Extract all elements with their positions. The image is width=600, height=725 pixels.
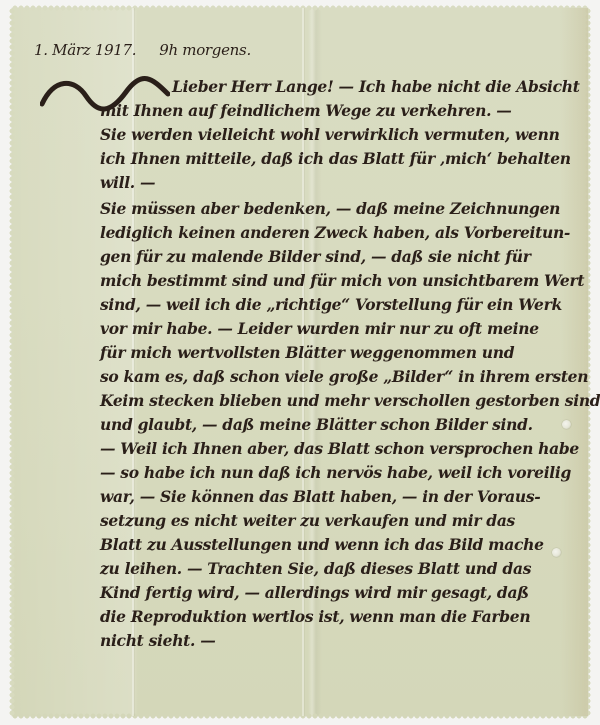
letter-line: Keim stecken blieben und mehr verscholle…	[100, 390, 600, 412]
letter-date: 1. März 1917.	[34, 41, 136, 59]
aged-edge-shading	[560, 8, 588, 716]
letter-line: und glaubt, — daß meine Blätter schon Bi…	[100, 414, 533, 436]
letter-line: sind, — weil ich die „richtige“ Vorstell…	[100, 294, 562, 316]
letter-line: — Weil ich Ihnen aber, das Blatt schon v…	[100, 438, 579, 460]
letter-line: Sie müssen aber bedenken, — daß meine Ze…	[100, 198, 560, 220]
letter-line: für mich wertvollsten Blätter weggenomme…	[100, 342, 514, 364]
letter-line: mich bestimmt sind und für mich von unsi…	[100, 270, 584, 292]
letter-line: gen für zu malende Bilder sind, — daß si…	[100, 246, 531, 268]
serrated-edge-bottom	[12, 713, 588, 719]
letter-line: war, — Sie können das Blatt haben, — in …	[100, 486, 540, 508]
letter-dateline: 1. März 1917. 9h morgens.	[34, 41, 251, 59]
scan-background: 1. März 1917. 9h morgens. Lieber Herr La…	[0, 0, 600, 725]
letter-line: vor mir habe. — Leider wurden mir nur zu…	[100, 318, 539, 340]
letter-line: ich Ihnen mitteile, daß ich das Blatt fü…	[100, 148, 571, 170]
letter-line: zu leihen. — Trachten Sie, daß dieses Bl…	[100, 558, 531, 580]
letter-line: die Reproduktion wertlos ist, wenn man d…	[100, 606, 530, 628]
punch-hole	[562, 420, 571, 429]
letter-line: Lieber Herr Lange! — Ich habe nicht die …	[172, 76, 580, 98]
letter-line: Blatt zu Ausstellungen und wenn ich das …	[100, 534, 544, 556]
letter-line: lediglich keinen anderen Zweck haben, al…	[100, 222, 570, 244]
letter-line: — so habe ich nun daß ich nervös habe, w…	[100, 462, 571, 484]
letter-line: so kam es, daß schon viele große „Bilder…	[100, 366, 588, 388]
letter-paper: 1. März 1917. 9h morgens. Lieber Herr La…	[12, 8, 588, 716]
letter-line: setzung es nicht weiter zu verkaufen und…	[100, 510, 515, 532]
letter-line: nicht sieht. —	[100, 630, 215, 652]
letter-line: will. —	[100, 172, 155, 194]
letter-line: Kind fertig wird, — allerdings wird mir …	[100, 582, 529, 604]
letter-line: Sie werden vielleicht wohl verwirklich v…	[100, 124, 560, 146]
letter-line: mit Ihnen auf feindlichem Wege zu verkeh…	[100, 100, 511, 122]
letter-time: 9h morgens.	[159, 41, 251, 59]
serrated-edge-left	[9, 8, 15, 716]
punch-hole	[552, 548, 561, 557]
serrated-edge-top	[12, 5, 588, 11]
